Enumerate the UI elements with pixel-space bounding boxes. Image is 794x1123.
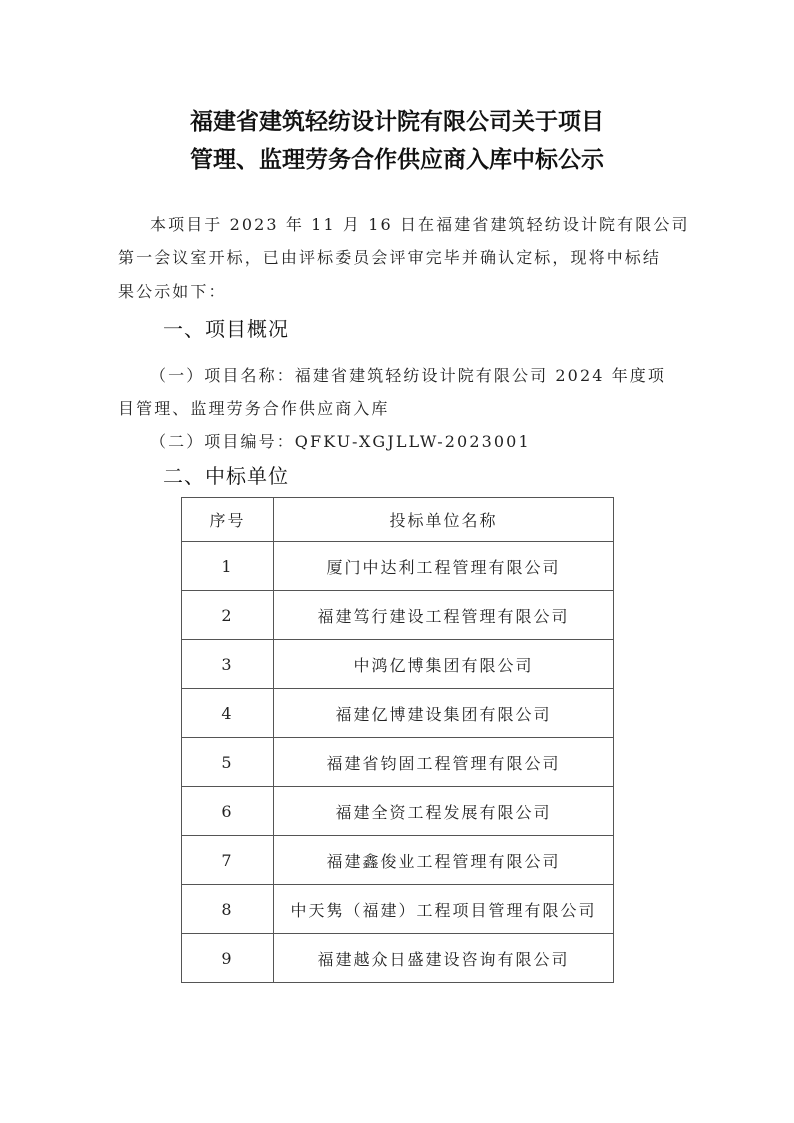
- table-row: 2 福建笃行建设工程管理有限公司: [182, 591, 614, 640]
- section-heading-winners: 二、中标单位: [163, 460, 289, 489]
- row-index: 7: [182, 836, 274, 885]
- document-page: 福建省建筑轻纺设计院有限公司关于项目 管理、监理劳务合作供应商入库中标公示 本项…: [0, 0, 794, 1123]
- table-row: 7 福建鑫俊业工程管理有限公司: [182, 836, 614, 885]
- table-row: 5 福建省钧固工程管理有限公司: [182, 738, 614, 787]
- table-row: 9 福建越众日盛建设咨询有限公司: [182, 934, 614, 983]
- project-number: （二）项目编号：QFKU-XGJLLW-2023001: [150, 429, 531, 452]
- row-bidder-name: 中天隽（福建）工程项目管理有限公司: [274, 885, 614, 934]
- row-bidder-name: 福建省钧固工程管理有限公司: [274, 738, 614, 787]
- row-bidder-name: 中鸿亿博集团有限公司: [274, 640, 614, 689]
- document-title-line1: 福建省建筑轻纺设计院有限公司关于项目: [0, 103, 794, 136]
- project-name-line2: 目管理、监理劳务合作供应商入库: [118, 396, 390, 419]
- row-bidder-name: 福建越众日盛建设咨询有限公司: [274, 934, 614, 983]
- table-row: 3 中鸿亿博集团有限公司: [182, 640, 614, 689]
- row-bidder-name: 福建全资工程发展有限公司: [274, 787, 614, 836]
- winning-bidders-table: 序号 投标单位名称 1 厦门中达利工程管理有限公司 2 福建笃行建设工程管理有限…: [181, 497, 614, 983]
- table-row: 1 厦门中达利工程管理有限公司: [182, 542, 614, 591]
- table-row: 8 中天隽（福建）工程项目管理有限公司: [182, 885, 614, 934]
- row-bidder-name: 福建亿博建设集团有限公司: [274, 689, 614, 738]
- row-bidder-name: 福建笃行建设工程管理有限公司: [274, 591, 614, 640]
- project-name-line1: （一）项目名称：福建省建筑轻纺设计院有限公司 2024 年度项: [150, 363, 666, 386]
- row-index: 2: [182, 591, 274, 640]
- intro-paragraph-line2: 第一会议室开标，已由评标委员会评审完毕并确认定标，现将中标结: [118, 245, 661, 268]
- row-index: 4: [182, 689, 274, 738]
- header-index: 序号: [182, 498, 274, 542]
- row-index: 9: [182, 934, 274, 983]
- section-heading-overview: 一、项目概况: [163, 313, 289, 342]
- intro-paragraph-line3: 果公示如下：: [118, 279, 227, 302]
- table-row: 6 福建全资工程发展有限公司: [182, 787, 614, 836]
- table-header-row: 序号 投标单位名称: [182, 498, 614, 542]
- row-index: 3: [182, 640, 274, 689]
- document-title-line2: 管理、监理劳务合作供应商入库中标公示: [0, 141, 794, 174]
- header-bidder-name: 投标单位名称: [274, 498, 614, 542]
- row-index: 5: [182, 738, 274, 787]
- intro-paragraph-line1: 本项目于 2023 年 11 月 16 日在福建省建筑轻纺设计院有限公司: [150, 212, 690, 235]
- row-index: 8: [182, 885, 274, 934]
- row-bidder-name: 厦门中达利工程管理有限公司: [274, 542, 614, 591]
- row-bidder-name: 福建鑫俊业工程管理有限公司: [274, 836, 614, 885]
- row-index: 6: [182, 787, 274, 836]
- table-row: 4 福建亿博建设集团有限公司: [182, 689, 614, 738]
- row-index: 1: [182, 542, 274, 591]
